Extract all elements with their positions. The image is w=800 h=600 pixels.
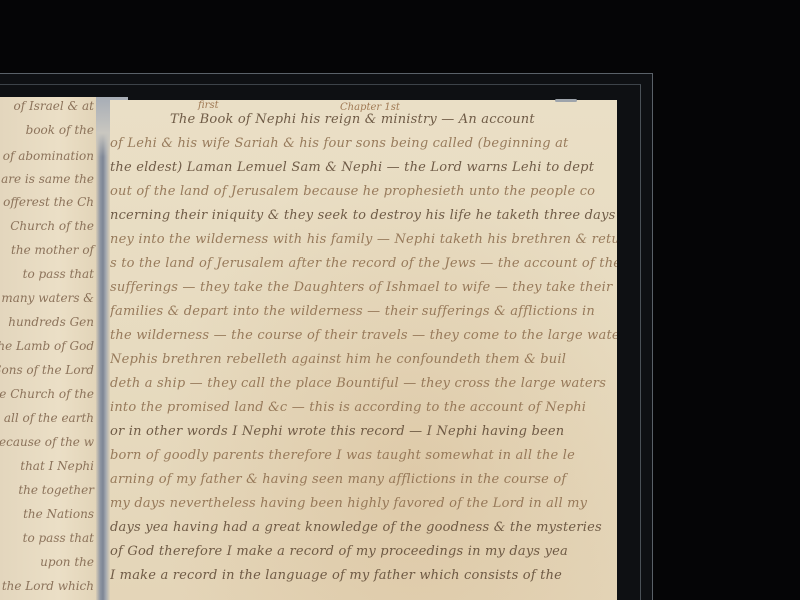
- left-page-line: Sons of the Lord: [0, 363, 94, 377]
- manuscript-line: Nephis brethren rebelleth against him he…: [110, 352, 566, 367]
- manuscript-line: the wilderness — the course of their tra…: [110, 328, 617, 343]
- manuscript-line: my days nevertheless having been highly …: [110, 496, 587, 511]
- left-page-line: all of the earth: [4, 411, 94, 425]
- left-page-line: many waters &: [1, 291, 94, 305]
- manuscript-line: sufferings — they take the Daughters of …: [110, 280, 612, 295]
- manuscript-line: ncerning their iniquity & they seek to d…: [110, 208, 617, 223]
- manuscript-line: I make a record in the language of my fa…: [110, 568, 562, 583]
- left-page-line: to pass that: [23, 531, 94, 545]
- left-page-line: the together: [18, 483, 94, 497]
- binding-gutter: [96, 97, 110, 600]
- manuscript-page: Chapter 1st first The Book of Nephi his …: [110, 100, 617, 600]
- manuscript-line: ney into the wilderness with his family …: [110, 232, 617, 247]
- left-page-line: & offerest the Ch: [0, 195, 94, 209]
- left-page-line: book of the: [26, 123, 94, 137]
- left-page-line: of abomination: [3, 149, 94, 163]
- left-page-line: the Church of the: [0, 387, 94, 401]
- manuscript-line: of God therefore I make a record of my p…: [110, 544, 568, 559]
- left-page-line: of Israel & at: [14, 99, 95, 113]
- manuscript-line: The Book of Nephi his reign & ministry —…: [170, 112, 535, 127]
- left-page-line: the Lord which: [2, 579, 94, 593]
- manuscript-line: or in other words I Nephi wrote this rec…: [110, 424, 564, 439]
- manuscript-line: the eldest) Laman Lemuel Sam & Nephi — t…: [110, 160, 594, 175]
- previous-page-fragment: of Israel & at book of the of abominatio…: [0, 97, 98, 600]
- manuscript-line: s to the land of Jerusalem after the rec…: [110, 256, 617, 271]
- manuscript-line: deth a ship — they call the place Bounti…: [110, 376, 606, 391]
- left-page-line: the Lamb of God: [0, 339, 94, 353]
- left-page-line: because of the w: [0, 435, 94, 449]
- manuscript-line: out of the land of Jerusalem because he …: [110, 184, 595, 199]
- manuscript-line: born of goodly parents therefore I was t…: [110, 448, 575, 463]
- manuscript-line: arning of my father & having seen many a…: [110, 472, 566, 487]
- manuscript-line: into the promised land &c — this is acco…: [110, 400, 586, 415]
- manuscript-line: days yea having had a great knowledge of…: [110, 520, 602, 535]
- left-page-line: the mother of: [11, 243, 94, 257]
- frame-clip: [555, 99, 577, 102]
- left-page-line: Church of the: [10, 219, 94, 233]
- manuscript-line: families & depart into the wilderness — …: [110, 304, 595, 319]
- left-page-line: to pass that: [23, 267, 94, 281]
- left-page-line: upon the: [40, 555, 94, 569]
- inserted-word: first: [198, 100, 219, 111]
- left-page-line: hundreds Gen: [8, 315, 94, 329]
- left-page-line: the Nations: [23, 507, 94, 521]
- left-page-line: are is same the: [1, 172, 94, 186]
- left-page-line: that I Nephi: [20, 459, 94, 473]
- manuscript-line: of Lehi & his wife Sariah & his four son…: [110, 136, 568, 151]
